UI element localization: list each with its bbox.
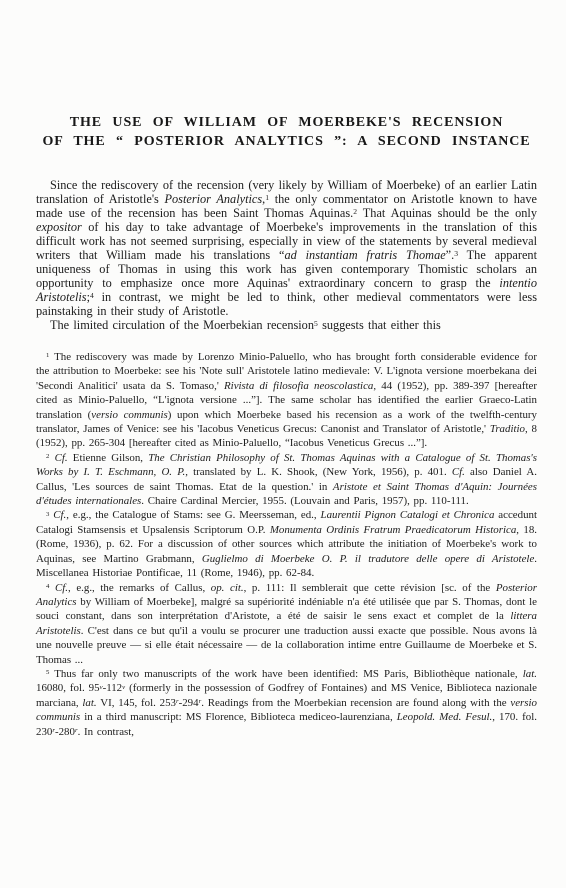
text-segment: lat. [523,668,537,680]
text-segment: Traditio [490,423,525,435]
article-title: THE USE OF WILLIAM OF MOERBEKE'S RECENSI… [36,113,537,151]
text-segment: . Readings from the Moerbekian recension… [201,697,510,709]
superscript-marker: v [100,684,103,691]
text-segment: in contrast, we might be led to think, o… [36,290,537,318]
superscript-marker: r [199,698,202,705]
superscript-marker: 3 [454,249,458,258]
text-segment: -280 [55,726,75,738]
superscript-marker: 1 [265,193,269,202]
superscript-marker: 5 [46,669,49,676]
text-segment: -112 [103,682,123,694]
superscript-marker: 4 [90,291,94,300]
text-segment: Monumenta Ordinis Fratrum Praedicatorum … [270,524,516,536]
scanned-paper-page: THE USE OF WILLIAM OF MOERBEKE'S RECENSI… [0,0,566,888]
text-segment: versio communis [91,409,167,421]
text-segment: Cf. [55,452,68,464]
text-segment: , e.g., the Catalogue of Stams: see G. M… [66,509,320,521]
text-segment: Thus far only two manuscripts of the wor… [49,668,522,680]
superscript-marker: 2 [46,453,49,460]
text-segment: Etienne Gilson, [68,452,149,464]
text-segment: Cf. [55,582,68,594]
article-title-line-1: THE USE OF WILLIAM OF MOERBEKE'S RECENSI… [36,113,537,132]
text-segment: by William of Moerbeke], malgré sa supér… [36,596,537,622]
text-segment: Leopold. Med. Fesul. [397,711,493,723]
superscript-marker: 3 [46,511,49,518]
footnote: 2 Cf. Etienne Gilson, The Christian Phil… [36,451,537,509]
text-segment: Posterior Analytics [165,192,263,206]
text-segment: Guglielmo di Moerbeke O. P. il tradutore… [202,553,534,565]
superscript-marker: r [176,698,179,705]
superscript-marker: 5 [314,319,318,328]
footnote: 5 Thus far only two manuscripts of the w… [36,667,537,739]
text-segment: , p. 111: Il semblerait que cette révisi… [244,582,496,594]
text-segment: lat. [82,697,96,709]
text-segment: expositor [36,220,82,234]
text-segment: , e.g., the remarks of Callus, [68,582,211,594]
text-segment: ad instantiam fratris Thomae [284,248,445,262]
text-segment: -294 [179,697,199,709]
superscript-marker: 1 [46,352,49,359]
body-paragraph: The limited circulation of the Moerbekia… [36,318,537,332]
text-segment: op. cit. [211,582,244,594]
text-segment: Cf. [53,509,66,521]
text-segment: Rivista di filosofia neoscolastica [224,380,373,392]
text-segment: . Chaire Cardinal Mercier, 1955. (Louvai… [141,495,468,507]
text-segment: . In contrast, [78,726,134,738]
text-segment: 16080, fol. 95 [36,682,100,694]
text-segment: suggests that either this [318,318,441,332]
text-segment: , translated by L. K. Shook, (New York, … [185,466,452,478]
superscript-marker: r [52,727,55,734]
body-paragraph: Since the rediscovery of the recension (… [36,178,537,318]
footnote: 4 Cf., e.g., the remarks of Callus, op. … [36,581,537,667]
superscript-marker: 4 [46,583,49,590]
footnotes-section: 1 The rediscovery was made by Lorenzo Mi… [36,350,537,739]
text-segment: VI, 145, fol. 253 [97,697,176,709]
text-segment: The limited circulation of the Moerbekia… [50,318,314,332]
text-segment: . C'est dans ce but qu'il a voulu se pro… [36,625,537,666]
text-segment: Laurentii Pignon Catalogi et Chronica [321,509,495,521]
text-segment: Cf. [452,466,465,478]
article-title-line-2: OF THE “ POSTERIOR ANALYTICS ”: A SECOND… [36,132,537,151]
article-body: Since the rediscovery of the recension (… [36,178,537,332]
footnote: 1 The rediscovery was made by Lorenzo Mi… [36,350,537,451]
text-segment: in a third manuscript: MS Florence, Bibl… [80,711,397,723]
text-segment: ”. [446,248,455,262]
superscript-marker: 2 [353,207,357,216]
footnote: 3 Cf., e.g., the Catalogue of Stams: see… [36,508,537,580]
text-segment: That Aquinas should be the only [357,206,537,220]
superscript-marker: r [75,727,78,734]
superscript-marker: v [122,684,125,691]
